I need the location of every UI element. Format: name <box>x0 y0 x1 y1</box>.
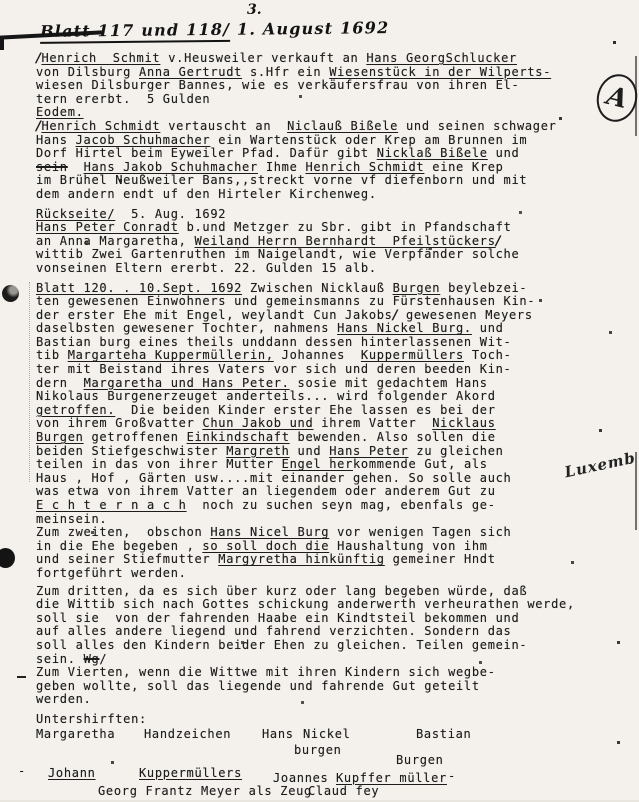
typed-text: Nikolaus Burgenerzeuget anderteils... wi… <box>36 389 496 403</box>
underlined-text: Hans Jakob Schuhmacher <box>84 160 258 174</box>
underlined-text: getroffen. <box>36 403 115 417</box>
text-line: daselbsten gewesener Tochter, nahmens Ha… <box>36 322 616 336</box>
underlined-text: Hans Peter <box>329 444 408 458</box>
typed-text: was etwa von ihrem Vatter an liegendem o… <box>36 484 496 498</box>
text-line: /Henrich Schmit v.Heusweiler verkauft an… <box>36 52 616 66</box>
underlined-text: Nicklaß Bißele <box>377 146 488 160</box>
underlined-text: Jacob Schuhmacher <box>76 133 211 147</box>
text-line: meinsein. <box>36 513 616 527</box>
clause-zum-dritten: Zum dritten, da es sich über kurz oder l… <box>36 585 616 667</box>
binding-margin-dots <box>29 282 30 482</box>
text-line: im Brühel Neußweiler Bans,,streckt vorne… <box>36 174 616 188</box>
signature-name: Bastian <box>416 727 471 741</box>
signature-name: Georg Frantz Meyer als Zeug <box>98 784 312 798</box>
text-line: tib Margarteha Kuppermüllerin, Johannes … <box>36 349 616 363</box>
text-line: /Henrich Schmidt vertauscht an Niclauß B… <box>36 120 616 134</box>
text-line: wiesen Dilsburger Bannes, wie es verkäuf… <box>36 79 616 93</box>
signatures-heading: Untershirften: <box>36 713 616 727</box>
entry-rueckseite-pfandschaft: Rückseite/ 5. Aug. 1692Hans Peter Conrad… <box>36 208 616 276</box>
text-line: Bastian burg eines theils unddann dessen… <box>36 336 616 350</box>
typed-text: gewesenen Meyers <box>398 308 533 322</box>
struck-text: sein <box>36 160 68 174</box>
text-line: der erster Ehe mit Engel, weylandt Cun J… <box>36 309 616 323</box>
typed-text: b.und Metzger zu Sbr. gibt in Pfandschaf… <box>179 220 512 234</box>
typed-text: Hans <box>36 133 76 147</box>
text-line: an Anna Margaretha, Weiland Herrn Bernha… <box>36 235 616 249</box>
typed-text: zu gleichen <box>408 444 503 458</box>
underlined-text: Einkindschaft <box>187 430 290 444</box>
text-line: geben wollte, soll das liegende und fahr… <box>36 680 616 694</box>
text-line: Zum dritten, da es sich über kurz oder l… <box>36 585 616 599</box>
signatures-block: MargarethaHandzeichenHansNickelBastianbu… <box>36 727 616 801</box>
typed-text: Zum zweiten, obschon <box>36 525 210 539</box>
header-title: Blatt 117 und 118/ <box>40 20 230 44</box>
text-line: Haus , Hof , Gärten usw....mit einander … <box>36 472 616 486</box>
typed-text: Zwischen Nicklauß <box>242 281 393 295</box>
typed-text: meinsein. <box>36 512 107 526</box>
text-line: ten gewesenen Einwohners und gemeinsmann… <box>36 295 616 309</box>
text-line: vonseinen Eltern ererbt. 22. Gulden 15 a… <box>36 262 616 276</box>
typed-text: Die beiden Kinder erster Ehe lassen es b… <box>115 403 495 417</box>
text-line: in die Ehe begeben , so soll doch die Ha… <box>36 540 616 554</box>
typed-text: Bastian burg eines theils unddann dessen… <box>36 335 511 349</box>
underlined-text: Engel her <box>282 457 353 471</box>
typed-text: Zum Vierten, wenn die Wittwe mit ihren K… <box>36 665 496 679</box>
underlined-text: Burgen <box>393 281 441 295</box>
typed-text: eine Krep <box>424 160 503 174</box>
text-line: Hans Jacob Schuhmacher ein Wartenstück o… <box>36 134 616 148</box>
underlined-text: Margyretha hinkünftig <box>218 552 384 566</box>
typed-text: fortgeführt werden. <box>36 566 187 580</box>
text-line: Nikolaus Burgenerzeuget anderteils... wi… <box>36 390 616 404</box>
underlined-text: Nicklaus <box>432 416 495 430</box>
underlined-text: Eodem. <box>36 105 84 119</box>
typed-text: Haus , Hof , Gärten usw....mit einander … <box>36 471 511 485</box>
typed-text: dern <box>36 376 84 390</box>
underlined-text: Henrich Schmidt <box>305 160 424 174</box>
typed-text: und <box>488 146 520 160</box>
scan-speckles <box>0 0 1 1</box>
entry-henrich-schmit-sale: /Henrich Schmit v.Heusweiler verkauft an… <box>36 52 616 120</box>
underlined-text: Rückseite/ <box>36 207 115 221</box>
typed-text: daselbsten gewesener Tochter, nahmens <box>36 321 337 335</box>
underlined-text: Burgen <box>36 430 84 444</box>
typed-text: tib <box>36 348 68 362</box>
signature-name: Kupffer müller <box>336 771 447 785</box>
struck-text: Wg <box>84 652 100 666</box>
underlined-text: Weiland Herrn Bernhardt Pfeilstückers <box>195 234 496 248</box>
typed-text: getroffenen <box>84 430 187 444</box>
typed-text: in die Ehe begeben , <box>36 539 202 553</box>
text-line: sein. Wg/ <box>36 653 616 667</box>
document-header: Blatt 117 und 118/ 1. August 1692 <box>40 18 390 41</box>
underlined-text: Blatt 120. . 10.Sept. 1692 <box>36 281 242 295</box>
typed-text: Dorf Hirtel beim Eyweiler Pfad. Dafür gi… <box>36 146 377 160</box>
text-line: von Dilsburg Anna Gertrudt s.Hfr ein Wie… <box>36 66 616 80</box>
typed-text: von Dilsburg <box>36 65 139 79</box>
signature-name: Handzeichen <box>144 727 231 741</box>
text-line: soll sie von der fahrenden Haabe ein Kin… <box>36 612 616 626</box>
handwritten-date-correction: 3. <box>247 2 262 18</box>
typed-text: sosie mit gedachtem Hans <box>290 376 488 390</box>
typed-text: gemeiner Hndt <box>385 552 496 566</box>
text-line: ter mit Beistand ihres Vaters vor sich u… <box>36 363 616 377</box>
typed-text: Zum dritten, da es sich über kurz oder l… <box>36 584 527 598</box>
text-line: Eodem. <box>36 106 616 120</box>
typed-text: Johannes <box>274 348 361 362</box>
underlined-text: Margreth <box>226 444 289 458</box>
text-line: auf alles andere liegend und fahrend ver… <box>36 625 616 639</box>
typed-text: Haushaltung von ihm <box>329 539 488 553</box>
signature-name: - <box>18 764 26 778</box>
text-line: Dorf Hirtel beim Eyweiler Pfad. Dafür gi… <box>36 147 616 161</box>
typed-text: / <box>99 652 107 666</box>
underlined-text: Kuppermüllers <box>361 348 464 362</box>
text-line: fortgeführt werden. <box>36 567 616 581</box>
typed-text: v.Heusweiler verkauft an <box>160 51 366 65</box>
typed-text <box>68 160 84 174</box>
underlined-text: Hans Nicel Burg <box>210 525 329 539</box>
text-line: sein Hans Jakob Schuhmacher Ihme Henrich… <box>36 161 616 175</box>
text-line: Blatt 120. . 10.Sept. 1692 Zwischen Nick… <box>36 282 616 296</box>
typed-text: vonseinen Eltern ererbt. 22. Gulden 15 a… <box>36 261 377 275</box>
entry-henrich-schmidt-exchange: /Henrich Schmidt vertauscht an Niclauß B… <box>36 120 616 202</box>
typed-text: teilen in das von ihrer Mutter <box>36 457 282 471</box>
typed-text: an Anna Margaretha, <box>36 234 195 248</box>
signature-name: Joannes <box>273 771 328 785</box>
hole-punch-top <box>2 285 19 302</box>
underlined-text: Hans Nickel Burg. <box>337 321 472 335</box>
typed-text: bewenden. Also sollen die <box>290 430 496 444</box>
text-line: von ihrem Großvatter Chun Jakob und ihre… <box>36 417 616 431</box>
text-line: dern Margaretha und Hans Peter. sosie mi… <box>36 377 616 391</box>
typed-text: ten gewesenen Einwohners und gemeinsmann… <box>36 294 535 308</box>
corner-fold-mark-vertical <box>0 36 4 50</box>
typed-text: und seiner Stiefmutter <box>36 552 218 566</box>
typed-text: die Wittib sich nach Gottes schickung an… <box>36 597 575 611</box>
underlined-text: so soll doch die <box>202 539 329 553</box>
clause-zum-vierten: Zum Vierten, wenn die Wittwe mit ihren K… <box>36 666 616 707</box>
signature-name: - <box>448 769 456 783</box>
text-line: Zum zweiten, obschon Hans Nicel Burg vor… <box>36 526 616 540</box>
signature-name: Hans <box>262 727 294 741</box>
typed-text: und seinen schwager <box>398 119 557 133</box>
typed-text: kommende Gut, als <box>353 457 488 471</box>
typed-text: soll sie von der fahrenden Haabe ein Kin… <box>36 611 519 625</box>
clause-zum-zweiten: Zum zweiten, obschon Hans Nicel Burg vor… <box>36 526 616 580</box>
hole-punch-bottom <box>0 548 15 568</box>
typed-text: soll alles den Kindern beider Ehen zu gl… <box>36 638 527 652</box>
scanned-document-page: 3. Blatt 117 und 118/ 1. August 1692 A L… <box>0 0 639 800</box>
typed-text: tern ererbt. 5 Gulden <box>36 92 210 106</box>
text-line: und seiner Stiefmutter Margyretha hinkün… <box>36 553 616 567</box>
signature-name: Johann <box>48 766 96 780</box>
signature-name: Margaretha <box>36 727 115 741</box>
text-line: beiden Stiefgeschwister Margreth und Han… <box>36 445 616 459</box>
underlined-text: Anna Gertrudt <box>139 65 242 79</box>
underlined-text: Wiesenstück in der Wilperts- <box>329 65 551 79</box>
text-line: getroffen. Die beiden Kinder erster Ehe … <box>36 404 616 418</box>
typed-text: sein. <box>36 652 84 666</box>
text-line: Zum Vierten, wenn die Wittwe mit ihren K… <box>36 666 616 680</box>
entry-blatt-120-akord: Blatt 120. . 10.Sept. 1692 Zwischen Nick… <box>36 282 616 527</box>
document-body: /Henrich Schmit v.Heusweiler verkauft an… <box>36 52 616 800</box>
typed-text: geben wollte, soll das liegende und fahr… <box>36 679 480 693</box>
typed-text: ter mit Beistand ihres Vaters vor sich u… <box>36 362 511 376</box>
typed-text: von ihrem Großvatter <box>36 416 202 430</box>
underlined-text: E c h t e r n a c h <box>36 498 187 512</box>
typed-text: auf alles andere liegend und fahrend ver… <box>36 624 511 638</box>
text-line: die Wittib sich nach Gottes schickung an… <box>36 598 616 612</box>
text-line: dem andern endt uf den Hirteler Kirchenw… <box>36 188 616 202</box>
underlined-text: Margarteha Kuppermüllerin, <box>68 348 274 362</box>
typed-text: der erster Ehe mit Engel, weylandt Cun J… <box>36 308 393 322</box>
text-line: wittib Zwei Gartenruthen im Naigelandt, … <box>36 248 616 262</box>
typed-text: beiden Stiefgeschwister <box>36 444 226 458</box>
underlined-text: Henrich Schmidt <box>41 119 160 133</box>
typed-text: und <box>472 321 504 335</box>
underlined-text: Hans Peter Conradt <box>36 220 179 234</box>
typed-text: Ihme <box>258 160 306 174</box>
signature-name: Claud fey <box>308 784 379 798</box>
signature-name: Kuppermüllers <box>139 766 242 780</box>
typed-text: und <box>290 444 330 458</box>
typed-text: im Brühel Neußweiler Bans,,streckt vorne… <box>36 173 527 187</box>
text-line: teilen in das von ihrer Mutter Engel her… <box>36 458 616 472</box>
typed-text: s.Hfr ein <box>242 65 329 79</box>
text-line: tern ererbt. 5 Gulden <box>36 93 616 107</box>
underlined-text: Chun Jakob und <box>202 416 313 430</box>
margin-dash <box>17 676 26 678</box>
typed-text: ein Wartenstück oder Krep am Brunnen im <box>210 133 527 147</box>
text-line: was etwa von ihrem Vatter an liegendem o… <box>36 485 616 499</box>
signature-name: Burgen <box>396 753 444 767</box>
text-line: Hans Peter Conradt b.und Metzger zu Sbr.… <box>36 221 616 235</box>
underlined-text: Henrich Schmit <box>41 51 160 65</box>
typed-text: wiesen Dilsburger Bannes, wie es verkäuf… <box>36 78 519 92</box>
typed-text: ihrem Vatter <box>313 416 432 430</box>
signature-name: Nickel <box>303 727 351 741</box>
typed-text: vertauscht an <box>160 119 287 133</box>
typed-text: 5. Aug. 1692 <box>115 207 226 221</box>
text-line: E c h t e r n a c h noch zu suchen seyn … <box>36 499 616 513</box>
text-line: soll alles den Kindern beider Ehen zu gl… <box>36 639 616 653</box>
underlined-text: Hans GeorgSchlucker <box>366 51 517 65</box>
typed-text: dem andern endt uf den Hirteler Kirchenw… <box>36 187 377 201</box>
typed-text: vor wenigen Tagen sich <box>329 525 511 539</box>
text-line: werden. <box>36 693 616 707</box>
header-date: 1. August 1692 <box>230 18 389 39</box>
signature-name: burgen <box>294 743 342 757</box>
typed-text: Toch- <box>464 348 512 362</box>
typed-text: noch zu suchen seyn mag, ebenfals ge- <box>187 498 496 512</box>
text-line: Burgen getroffenen Einkindschaft bewende… <box>36 431 616 445</box>
text-line: Rückseite/ 5. Aug. 1692 <box>36 208 616 222</box>
underlined-text: Margaretha und Hans Peter. <box>84 376 290 390</box>
underlined-text: Niclauß Bißele <box>287 119 398 133</box>
typed-text: wittib Zwei Gartenruthen im Naigelandt, … <box>36 247 519 261</box>
typed-text: beylebzei- <box>440 281 527 295</box>
typed-text: werden. <box>36 692 91 706</box>
